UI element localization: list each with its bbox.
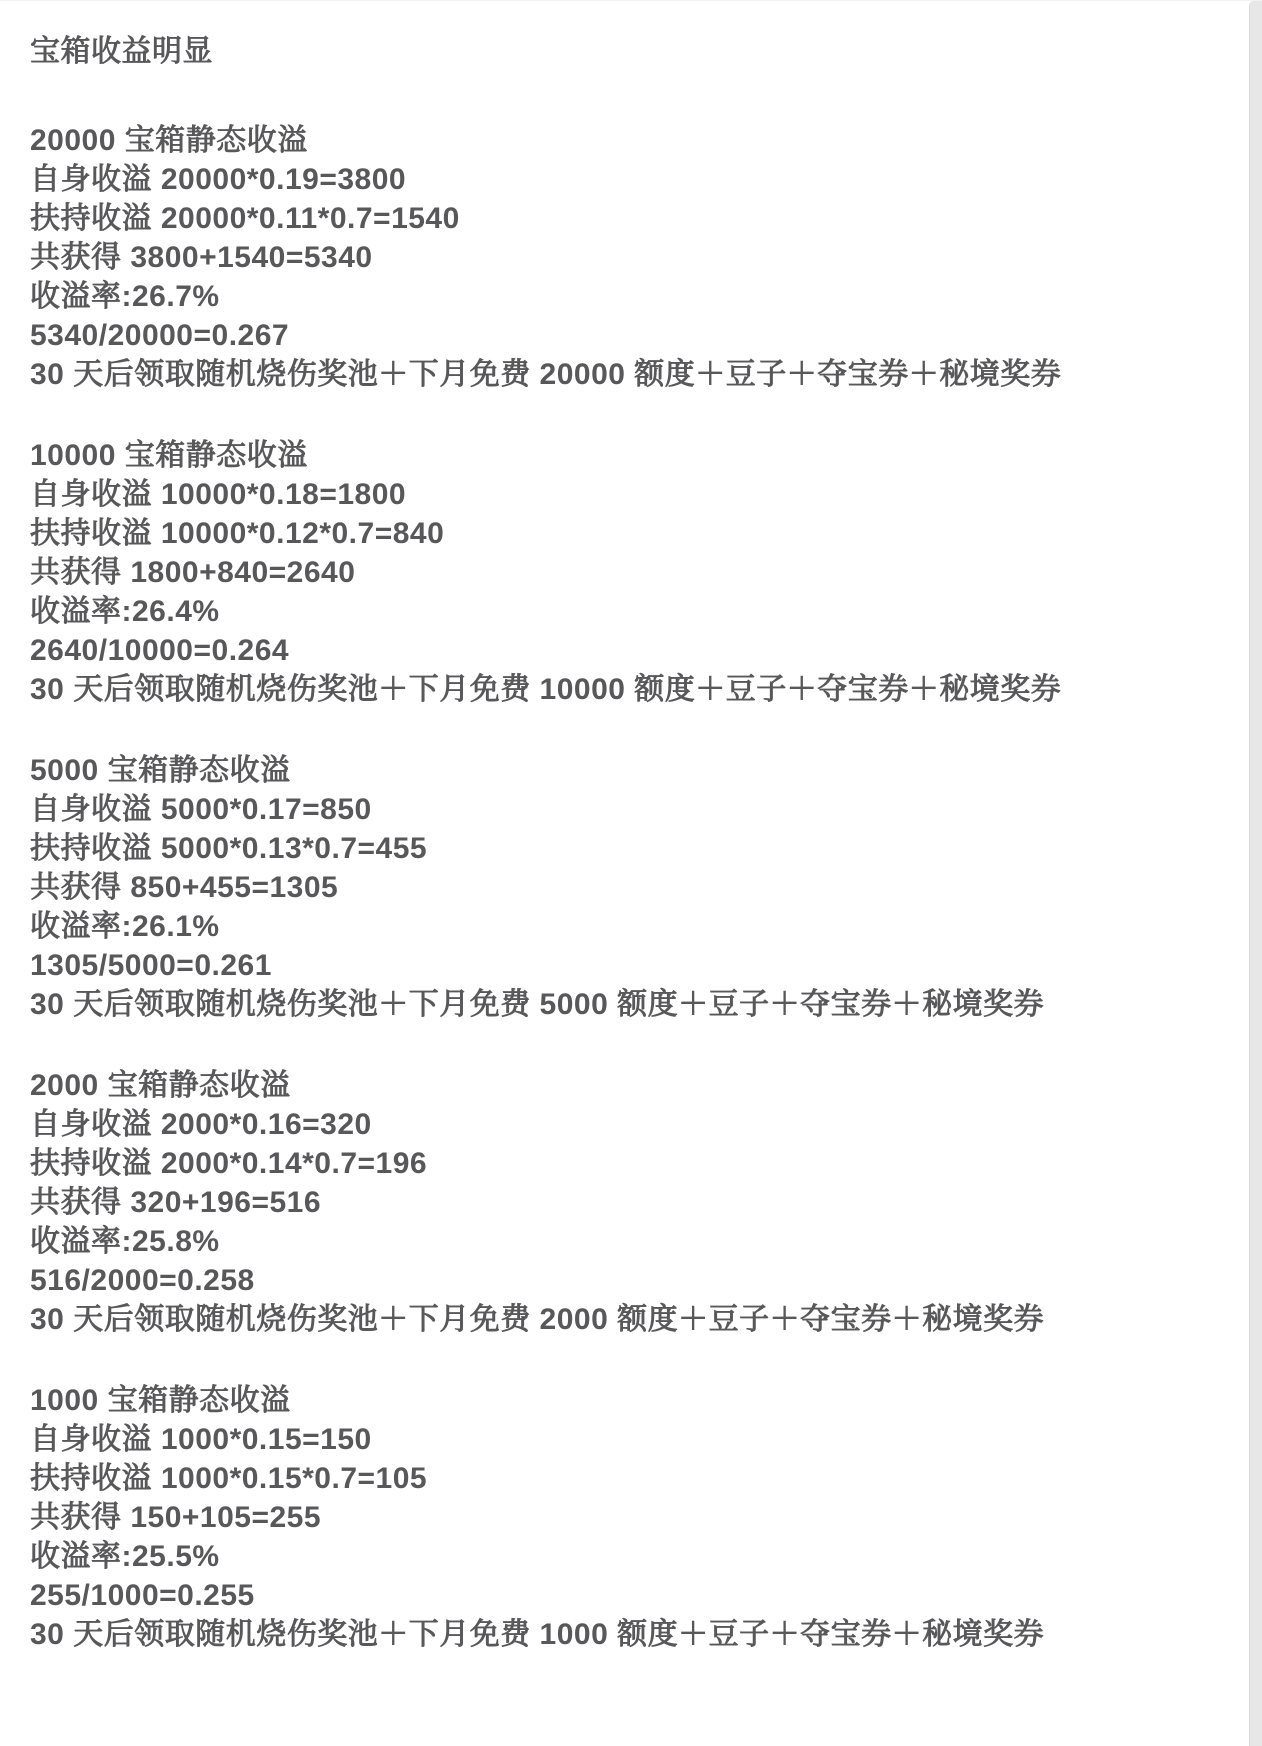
- total-line: 共获得 3800+1540=5340: [30, 238, 1222, 277]
- bonus-line: 30 天后领取随机烧伤奖池＋下月免费 10000 额度＋豆子＋夺宝券＋秘境奖券: [30, 670, 1222, 709]
- self-yield-line: 自身收溢 10000*0.18=1800: [30, 475, 1222, 514]
- section-header: 20000 宝箱静态收溢: [30, 121, 1222, 160]
- yield-rate-line: 收溢率:26.4%: [30, 592, 1222, 631]
- ratio-line: 516/2000=0.258: [30, 1261, 1222, 1300]
- section-header: 10000 宝箱静态收溢: [30, 436, 1222, 475]
- yield-rate-line: 收溢率:25.8%: [30, 1222, 1222, 1261]
- section-header: 5000 宝箱静态收溢: [30, 751, 1222, 790]
- bonus-line: 30 天后领取随机烧伤奖池＋下月免费 1000 额度＋豆子＋夺宝券＋秘境奖券: [30, 1615, 1222, 1654]
- document-page: 宝箱收益明显 20000 宝箱静态收溢 自身收溢 20000*0.19=3800…: [0, 0, 1262, 1746]
- ratio-line: 5340/20000=0.267: [30, 316, 1222, 355]
- yield-rate-line: 收溢率:26.7%: [30, 277, 1222, 316]
- total-line: 共获得 1800+840=2640: [30, 553, 1222, 592]
- page-title: 宝箱收益明显: [30, 32, 1222, 71]
- bonus-line: 30 天后领取随机烧伤奖池＋下月免费 20000 额度＋豆子＋夺宝券＋秘境奖券: [30, 355, 1222, 394]
- document-content: 宝箱收益明显 20000 宝箱静态收溢 自身收溢 20000*0.19=3800…: [0, 1, 1262, 1654]
- tier-section-10000: 10000 宝箱静态收溢 自身收溢 10000*0.18=1800 扶持收溢 1…: [30, 436, 1222, 709]
- tier-section-5000: 5000 宝箱静态收溢 自身收溢 5000*0.17=850 扶持收溢 5000…: [30, 751, 1222, 1024]
- self-yield-line: 自身收溢 2000*0.16=320: [30, 1105, 1222, 1144]
- self-yield-line: 自身收溢 5000*0.17=850: [30, 790, 1222, 829]
- self-yield-line: 自身收溢 20000*0.19=3800: [30, 160, 1222, 199]
- scrollbar-track[interactable]: [1249, 1, 1262, 1746]
- ratio-line: 1305/5000=0.261: [30, 946, 1222, 985]
- support-yield-line: 扶持收溢 20000*0.11*0.7=1540: [30, 199, 1222, 238]
- bonus-line: 30 天后领取随机烧伤奖池＋下月免费 5000 额度＋豆子＋夺宝券＋秘境奖券: [30, 985, 1222, 1024]
- section-header: 1000 宝箱静态收溢: [30, 1381, 1222, 1420]
- support-yield-line: 扶持收溢 2000*0.14*0.7=196: [30, 1144, 1222, 1183]
- bonus-line: 30 天后领取随机烧伤奖池＋下月免费 2000 额度＋豆子＋夺宝券＋秘境奖券: [30, 1300, 1222, 1339]
- total-line: 共获得 320+196=516: [30, 1183, 1222, 1222]
- yield-rate-line: 收溢率:26.1%: [30, 907, 1222, 946]
- ratio-line: 255/1000=0.255: [30, 1576, 1222, 1615]
- total-line: 共获得 150+105=255: [30, 1498, 1222, 1537]
- ratio-line: 2640/10000=0.264: [30, 631, 1222, 670]
- section-header: 2000 宝箱静态收溢: [30, 1066, 1222, 1105]
- self-yield-line: 自身收溢 1000*0.15=150: [30, 1420, 1222, 1459]
- tier-section-2000: 2000 宝箱静态收溢 自身收溢 2000*0.16=320 扶持收溢 2000…: [30, 1066, 1222, 1339]
- yield-rate-line: 收溢率:25.5%: [30, 1537, 1222, 1576]
- support-yield-line: 扶持收溢 10000*0.12*0.7=840: [30, 514, 1222, 553]
- support-yield-line: 扶持收溢 1000*0.15*0.7=105: [30, 1459, 1222, 1498]
- support-yield-line: 扶持收溢 5000*0.13*0.7=455: [30, 829, 1222, 868]
- tier-section-20000: 20000 宝箱静态收溢 自身收溢 20000*0.19=3800 扶持收溢 2…: [30, 121, 1222, 394]
- tier-section-1000: 1000 宝箱静态收溢 自身收溢 1000*0.15=150 扶持收溢 1000…: [30, 1381, 1222, 1654]
- total-line: 共获得 850+455=1305: [30, 868, 1222, 907]
